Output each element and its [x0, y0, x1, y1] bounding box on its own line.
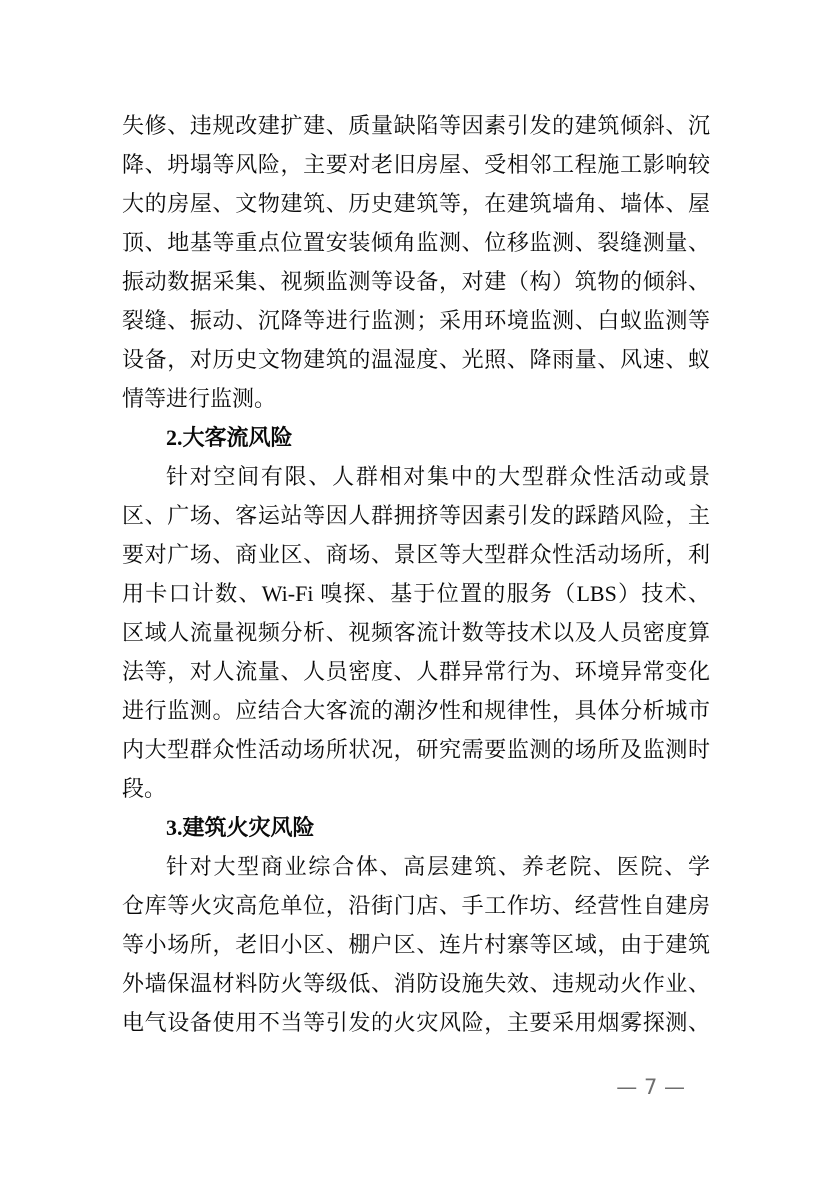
text-line: 针对大型商业综合体、高层建筑、养老院、医院、学校、 [122, 847, 710, 886]
text-line: 区、广场、客运站等因人群拥挤等因素引发的踩踏风险，主 [122, 496, 710, 535]
text-line: 针对空间有限、人群相对集中的大型群众性活动或景 [122, 457, 710, 496]
text-line: 情等进行监测。 [122, 379, 710, 418]
text-line: 振动数据采集、视频监测等设备，对建（构）筑物的倾斜、 [122, 262, 710, 301]
text-line: 大的房屋、文物建筑、历史建筑等，在建筑墙角、墙体、屋 [122, 184, 710, 223]
text-line: 设备，对历史文物建筑的温湿度、光照、降雨量、风速、蚁 [122, 340, 710, 379]
text-line: 内大型群众性活动场所状况，研究需要监测的场所及监测时 [122, 730, 710, 769]
text-line: 用卡口计数、Wi-Fi 嗅探、基于位置的服务（LBS）技术、 [122, 574, 710, 613]
page-number: — 7 — [616, 1076, 685, 1098]
text-line: 电气设备使用不当等引发的火灾风险，主要采用烟雾探测、 [122, 1003, 710, 1042]
text-line: 降、坍塌等风险，主要对老旧房屋、受相邻工程施工影响较 [122, 145, 710, 184]
text-line: 法等，对人流量、人员密度、人群异常行为、环境异常变化 [122, 652, 710, 691]
text-line: 顶、地基等重点位置安装倾角监测、位移监测、裂缝测量、 [122, 223, 710, 262]
text-line: 等小场所，老旧小区、棚户区、连片村寨等区域，由于建筑 [122, 925, 710, 964]
text-line: 段。 [122, 769, 710, 808]
section-heading-building-fire: 3.建筑火灾风险 [122, 808, 710, 847]
document-page: 失修、违规改建扩建、质量缺陷等因素引发的建筑倾斜、沉降、坍塌等风险，主要对老旧房… [0, 0, 832, 1177]
section-heading-crowd-flow: 2.大客流风险 [122, 418, 710, 457]
text-line: 要对广场、商业区、商场、景区等大型群众性活动场所，利 [122, 535, 710, 574]
text-line: 仓库等火灾高危单位，沿街门店、手工作坊、经营性自建房 [122, 886, 710, 925]
text-line: 外墙保温材料防火等级低、消防设施失效、违规动火作业、 [122, 964, 710, 1003]
document-body: 失修、违规改建扩建、质量缺陷等因素引发的建筑倾斜、沉降、坍塌等风险，主要对老旧房… [122, 106, 710, 1042]
text-line: 失修、违规改建扩建、质量缺陷等因素引发的建筑倾斜、沉 [122, 106, 710, 145]
text-line: 裂缝、振动、沉降等进行监测；采用环境监测、白蚁监测等 [122, 301, 710, 340]
text-line: 进行监测。应结合大客流的潮汐性和规律性，具体分析城市 [122, 691, 710, 730]
text-line: 区域人流量视频分析、视频客流计数等技术以及人员密度算 [122, 613, 710, 652]
